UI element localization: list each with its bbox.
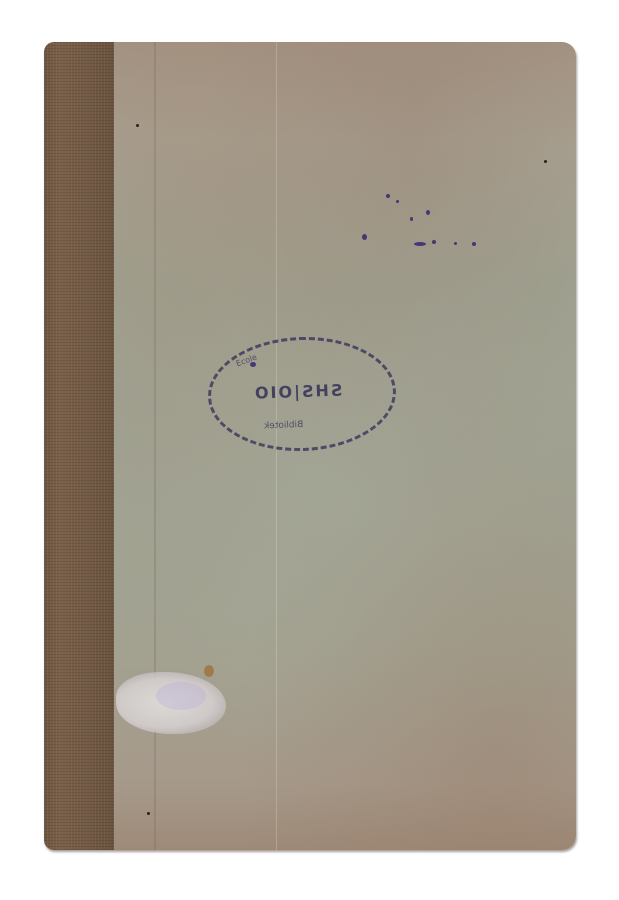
library-stamp: Ecole SHS|OIO Bibliotek bbox=[206, 334, 398, 454]
stamp-main-text: SHS|OIO bbox=[253, 381, 343, 403]
book-cover: Ecole SHS|OIO Bibliotek bbox=[44, 42, 576, 850]
stamp-sub-text: Bibliotek bbox=[264, 420, 304, 431]
speck bbox=[136, 124, 139, 127]
scuffed-patch-tint bbox=[156, 682, 206, 710]
speck bbox=[544, 160, 547, 163]
rust-stain bbox=[204, 665, 214, 677]
cloth-spine bbox=[44, 42, 114, 850]
speck bbox=[147, 812, 150, 815]
